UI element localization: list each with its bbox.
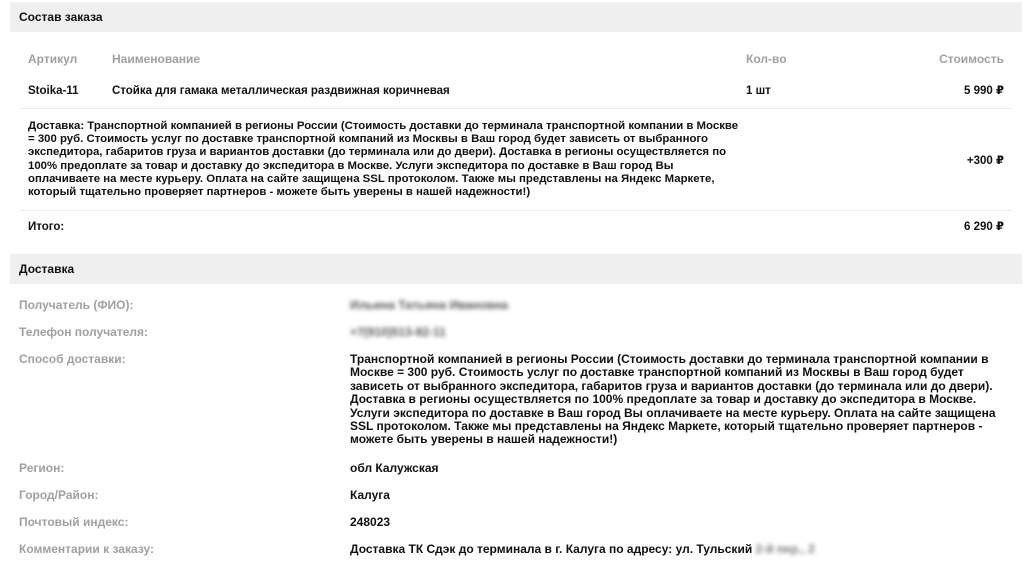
- delivery-description: Доставка: Транспортной компанией в регио…: [28, 120, 743, 199]
- column-name: Наименование: [112, 50, 200, 68]
- column-quantity: Кол-во: [746, 50, 787, 68]
- region-value: обл Калужская: [350, 460, 1010, 476]
- column-article: Артикул: [28, 50, 77, 68]
- city-value: Калуга: [350, 487, 1010, 503]
- phone-label: Телефон получателя:: [19, 324, 148, 340]
- postal-value: 248023: [350, 514, 1010, 530]
- total-row: Итого: 6 290 ₽: [20, 218, 1012, 238]
- total-label: Итого:: [28, 218, 64, 236]
- recipient-value: Ильина Татьяна Ивановна: [350, 297, 1010, 313]
- item-cost: 5 990 ₽: [964, 82, 1004, 100]
- item-quantity: 1 шт: [746, 82, 771, 100]
- row-divider: [20, 210, 1012, 211]
- order-table-header: Артикул Наименование Кол-во Стоимость: [20, 50, 1012, 68]
- item-name[interactable]: Стойка для гамака металлическая раздвижн…: [112, 82, 450, 100]
- column-cost: Стоимость: [939, 50, 1004, 68]
- region-label: Регион:: [19, 460, 64, 476]
- table-row: Stoika-11 Стойка для гамака металлическа…: [20, 82, 1012, 108]
- comment-text: Доставка ТК Сдэк до терминала в г. Калуг…: [350, 542, 752, 556]
- order-section-header: Состав заказа: [10, 2, 1022, 32]
- total-value: 6 290 ₽: [964, 218, 1004, 236]
- comment-address-blurred: 2-й пер., 2: [756, 541, 815, 557]
- phone-value: +7(910)513-82-11: [350, 324, 1010, 340]
- row-divider: [20, 108, 1012, 109]
- recipient-label: Получатель (ФИО):: [19, 297, 134, 313]
- method-value: Транспортной компанией в регионы России …: [350, 353, 1010, 447]
- postal-label: Почтовый индекс:: [19, 514, 128, 530]
- delivery-cost: +300 ₽: [967, 152, 1004, 170]
- comment-label: Комментарии к заказу:: [19, 541, 154, 557]
- comment-value: Доставка ТК Сдэк до терминала в г. Калуг…: [350, 541, 1010, 557]
- item-article: Stoika-11: [28, 82, 79, 100]
- city-label: Город/Район:: [19, 487, 98, 503]
- delivery-row: Доставка: Транспортной компанией в регио…: [20, 120, 1012, 204]
- method-label: Способ доставки:: [19, 351, 126, 367]
- delivery-section-header: Доставка: [10, 254, 1022, 284]
